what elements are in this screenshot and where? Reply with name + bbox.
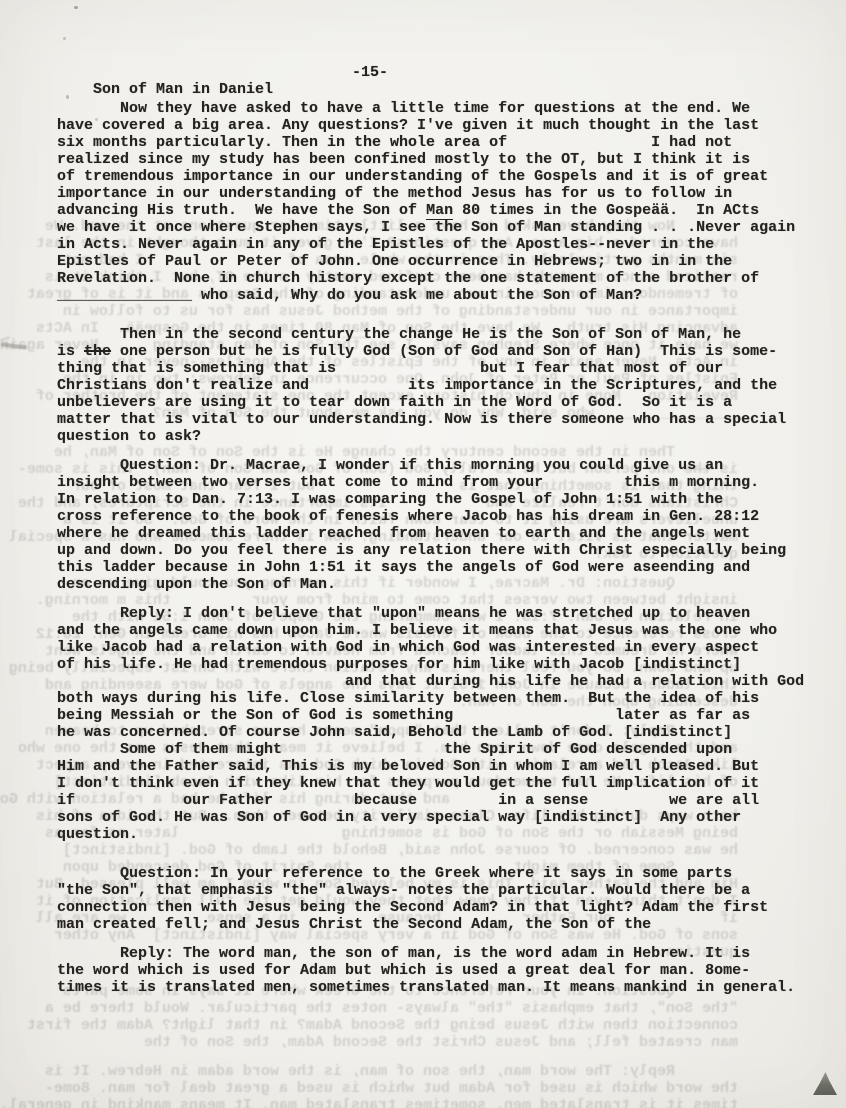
typed-line: "the Son", that emphasis "the" always- n… (57, 882, 817, 899)
typed-line: Some of them might the Spirit of God des… (57, 741, 817, 758)
typed-line: sons of God. He was Son of God in a very… (57, 809, 817, 826)
typed-line: Reply: The word man, the son of man, is … (57, 945, 817, 962)
typed-line: and that during his life he had a relati… (57, 673, 817, 690)
typed-line: up and down. Do you feel there is any re… (57, 542, 817, 559)
paragraph-question-ladder: Question: Dr. Macrae, I wonder if this m… (57, 457, 817, 593)
typed-line: connection then with Jesus being the Sec… (57, 899, 817, 916)
typed-line: Question: In your reference to the Greek… (57, 865, 817, 882)
pencil-mark (1, 342, 27, 349)
scan-speck (66, 95, 69, 99)
typed-line: Epistles of Paul or Peter of John. One o… (57, 253, 817, 270)
typed-line: of his life. He had tremendous purposes … (57, 656, 817, 673)
scan-speck (63, 37, 66, 40)
typed-line: man created fell; and Jesus Christ the S… (57, 916, 817, 933)
paragraph-question-second-adam: Question: In your reference to the Greek… (57, 865, 817, 933)
document-body: Now they have asked to have a little tim… (57, 100, 817, 996)
paragraph-second-century-change: Then in the second century the change He… (57, 326, 817, 445)
typed-line: being Messiah or the Son of God is somet… (57, 707, 817, 724)
typed-line: in Acts. Never again in any of the Epist… (57, 236, 817, 253)
typed-line: cross reference to the book of fenesis w… (57, 508, 817, 525)
paragraph-reply-word-man: Reply: The word man, the son of man, is … (57, 945, 817, 996)
page-number: -15- (352, 64, 388, 81)
typed-line: have covered a big area. Any questions? … (57, 117, 817, 134)
typed-line: we have it once where Stephen says, I se… (57, 219, 817, 236)
typed-line: Then in the second century the change He… (57, 326, 817, 343)
typed-line: advancing His truth. We have the Son of … (57, 202, 817, 219)
scan-speck (74, 6, 78, 9)
scan-speck (95, 118, 98, 121)
typed-line: he was concerned. Of course John said, B… (57, 724, 817, 741)
typed-line: is the one person but he is fully God (S… (57, 343, 817, 360)
typed-line: unbelievers are using it to tear down fa… (57, 394, 817, 411)
typed-line: _______________ who said, Why do you ask… (57, 287, 817, 304)
ink-blot (813, 1072, 837, 1095)
paragraph-opening: Now they have asked to have a little tim… (57, 100, 817, 304)
typed-line: I don't think even if they knew that the… (57, 775, 817, 792)
typed-line: thing that is something that is but I fe… (57, 360, 817, 377)
typed-line: In relation to Dan. 7:13. I was comparin… (57, 491, 817, 508)
typed-line: both ways during his life. Close similar… (57, 690, 817, 707)
typed-line: Him and the Father said, This is my belo… (57, 758, 817, 775)
typed-line: this ladder because in John 1:51 it says… (57, 559, 817, 576)
typed-line: the word which is used for Adam but whic… (57, 962, 817, 979)
struck-out-text: the (84, 343, 111, 360)
typed-line: question to ask? (57, 428, 817, 445)
typed-line: importance in our understanding of the m… (57, 185, 817, 202)
page-header: Son of Man in Daniel -15- (57, 64, 802, 82)
underlined-text: Man (426, 202, 453, 220)
typed-line: where he dreamed this ladder reached fro… (57, 525, 817, 542)
scanned-page: Now they have asked to have a little tim… (0, 0, 846, 1108)
typed-line: Question: Dr. Macrae, I wonder if this m… (57, 457, 817, 474)
paragraph-reply-ladder: Reply: I don't believe that "upon" means… (57, 605, 817, 843)
typed-line: of tremendous importance in our understa… (57, 168, 817, 185)
typed-line: question. (57, 826, 817, 843)
typed-line: if our Father because in a sense we are … (57, 792, 817, 809)
typed-line: like Jacob had a relation with God in wh… (57, 639, 817, 656)
typed-line: matter that is vital to our understandin… (57, 411, 817, 428)
typed-line: Christians don't realize and its importa… (57, 377, 817, 394)
typed-line: six months particularly. Then in the who… (57, 134, 817, 151)
document-title: Son of Man in Daniel (93, 81, 273, 98)
typed-line: Revelation. None in church history excep… (57, 270, 817, 287)
typed-line: insight between two verses that come to … (57, 474, 817, 491)
typed-line: Now they have asked to have a little tim… (57, 100, 817, 117)
typed-line: descending upon the Son of Man. (57, 576, 817, 593)
typed-line: and the angels came down upon him. I bel… (57, 622, 817, 639)
typed-line: realized since my study has been confine… (57, 151, 817, 168)
typed-line: Reply: I don't believe that "upon" means… (57, 605, 817, 622)
typed-line: times it is translated men, sometimes tr… (57, 979, 817, 996)
